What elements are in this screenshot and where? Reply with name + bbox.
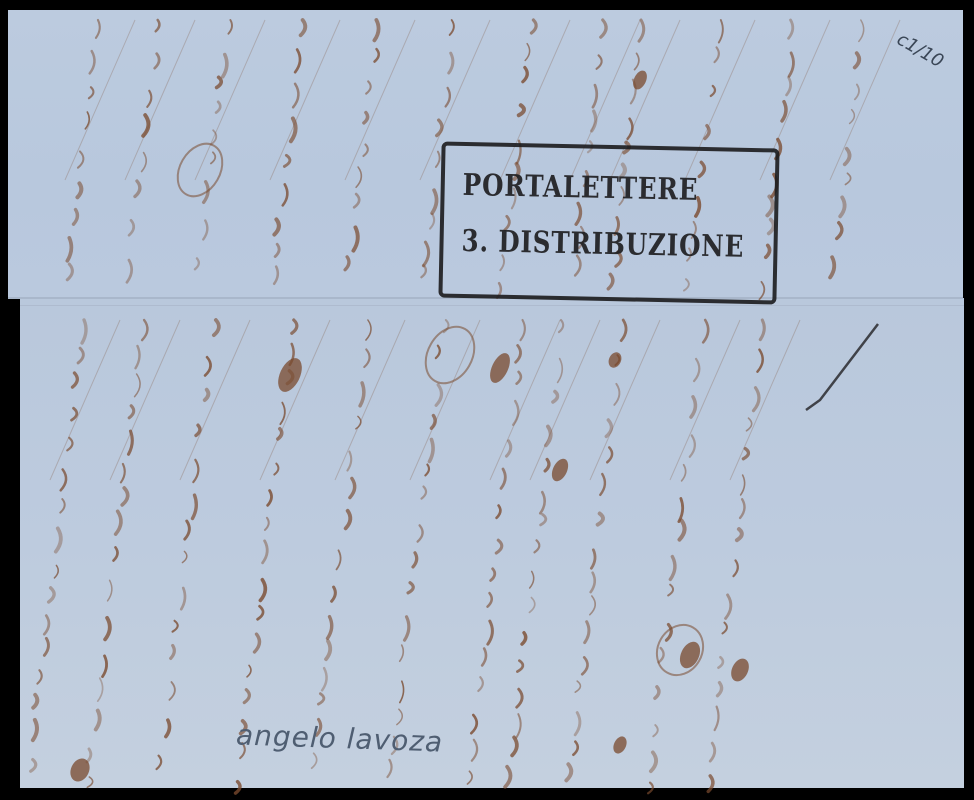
handwritten-ledger-script (0, 0, 974, 800)
postmark-handstamp: PORTALETTERE 3. DISTRIBUZIONE (438, 141, 779, 304)
postmark-line-2: 3. DISTRIBUZIONE (461, 224, 744, 265)
postal-cover: PORTALETTERE 3. DISTRIBUZIONE c1/10 ange… (0, 0, 974, 800)
postmark-line-1: PORTALETTERE (462, 168, 698, 208)
